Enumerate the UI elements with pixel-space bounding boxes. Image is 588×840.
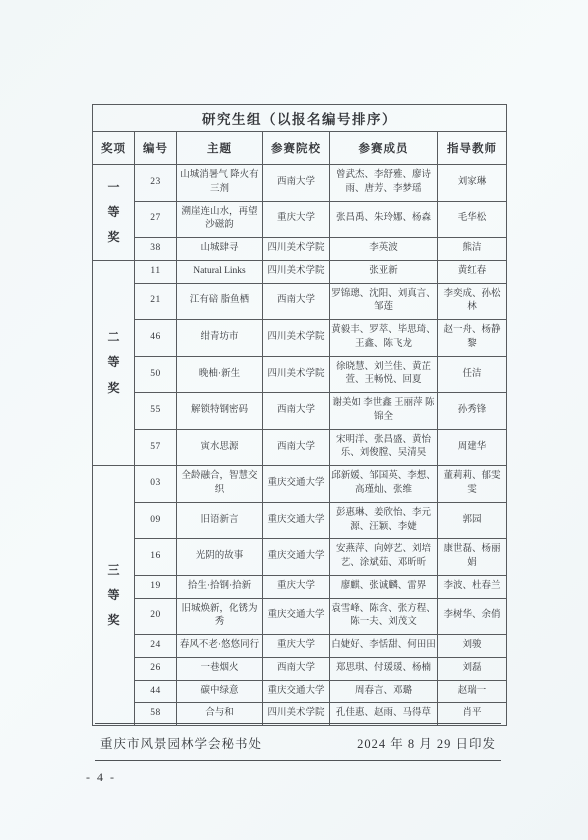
school-cell: 西南大学 [263, 283, 330, 320]
members-cell: 宋明洋、张昌盛、黄怡乐、刘俊膛、吴清昊 [330, 429, 438, 466]
table-row: 三等奖03全龄融合，智慧交织重庆交通大学邱新媛、邹国英、李想、高瑾灿、张维董莉莉… [93, 466, 507, 503]
advisors-cell: 赵一舟、杨静黎 [438, 320, 507, 357]
members-cell: 彭惠琳、姜欣怡、李元源、汪颖、李婕 [330, 502, 438, 539]
table-row: 50晚柚·新生四川美术学院徐晓慧、刘兰佳、黄芷萱、王畅悦、回夏任洁 [93, 356, 507, 393]
members-cell: 袁雪峰、陈含、张方程、陈一夫、刘茂文 [330, 598, 438, 635]
advisors-cell: 董莉莉、郁雯雯 [438, 466, 507, 503]
results-table: 研究生组（以报名编号排序） 奖项 编号 主题 参赛院校 参赛成员 指导教师 一等… [92, 104, 507, 726]
theme-cell: 光阴的故事 [177, 539, 263, 576]
table-row: 09旧语新言重庆交通大学彭惠琳、姜欣怡、李元源、汪颖、李婕郭园 [93, 502, 507, 539]
table-row: 38山城肆寻四川美术学院李英波熊洁 [93, 238, 507, 261]
school-cell: 四川美术学院 [263, 320, 330, 357]
no-cell: 57 [135, 429, 177, 466]
no-cell: 44 [135, 680, 177, 703]
no-cell: 20 [135, 598, 177, 635]
no-cell: 50 [135, 356, 177, 393]
no-cell: 27 [135, 201, 177, 238]
theme-cell: 旧语新言 [177, 502, 263, 539]
results-table-body: 一等奖23山城消暑气 降火有三剂西南大学曾武杰、李舒雅、廖诗雨、唐芳、李梦瑶刘家… [93, 165, 507, 726]
no-cell: 24 [135, 635, 177, 658]
column-header-number: 编号 [135, 132, 177, 165]
table-row: 21江有碚 脂鱼栖西南大学罗锦璁、沈阳、刘真言、邹莲李奕成、孙松林 [93, 283, 507, 320]
advisors-cell: 熊洁 [438, 238, 507, 261]
table-row: 46绀青坊市四川美术学院黄毅丰、罗萃、毕思琦、王鑫、陈飞龙赵一舟、杨静黎 [93, 320, 507, 357]
table-row: 44碳中绿意重庆交通大学周春言、邓璐赵瑞一 [93, 680, 507, 703]
column-header-school: 参赛院校 [263, 132, 330, 165]
theme-cell: 晚柚·新生 [177, 356, 263, 393]
members-cell: 张亚新 [330, 260, 438, 283]
theme-cell: 解锁特钢密码 [177, 393, 263, 430]
school-cell: 西南大学 [263, 429, 330, 466]
no-cell: 09 [135, 502, 177, 539]
theme-cell: 寅水思源 [177, 429, 263, 466]
school-cell: 重庆大学 [263, 635, 330, 658]
advisors-cell: 李树华、余俏 [438, 598, 507, 635]
scanned-document-page: 研究生组（以报名编号排序） 奖项 编号 主题 参赛院校 参赛成员 指导教师 一等… [0, 0, 588, 840]
advisors-cell: 赵瑞一 [438, 680, 507, 703]
members-cell: 周春言、邓璐 [330, 680, 438, 703]
members-cell: 郑思琪、付瑗瑗、杨楠 [330, 657, 438, 680]
no-cell: 46 [135, 320, 177, 357]
award-label: 二等奖 [107, 325, 120, 401]
theme-cell: 溯崖连山水，再望沙磁韵 [177, 201, 263, 238]
footer-row: 重庆市风景园林学会秘书处 2024 年 8 月 29 日印发 [100, 734, 496, 752]
table-row: 一等奖23山城消暑气 降火有三剂西南大学曾武杰、李舒雅、廖诗雨、唐芳、李梦瑶刘家… [93, 165, 507, 202]
school-cell: 四川美术学院 [263, 238, 330, 261]
members-cell: 徐晓慧、刘兰佳、黄芷萱、王畅悦、回夏 [330, 356, 438, 393]
no-cell: 21 [135, 283, 177, 320]
table-title: 研究生组（以报名编号排序） [93, 105, 507, 132]
no-cell: 16 [135, 539, 177, 576]
theme-cell: 山城消暑气 降火有三剂 [177, 165, 263, 202]
theme-cell: 旧城焕新，化锈为秀 [177, 598, 263, 635]
theme-cell: 江有碚 脂鱼栖 [177, 283, 263, 320]
school-cell: 重庆大学 [263, 575, 330, 598]
award-group-cell: 二等奖 [93, 260, 135, 465]
no-cell: 03 [135, 466, 177, 503]
footer-issuer: 重庆市风景园林学会秘书处 [100, 734, 262, 752]
advisors-cell: 黄红春 [438, 260, 507, 283]
theme-cell: 山城肆寻 [177, 238, 263, 261]
school-cell: 重庆交通大学 [263, 466, 330, 503]
school-cell: 西南大学 [263, 657, 330, 680]
footer-print-date: 2024 年 8 月 29 日印发 [357, 734, 496, 752]
award-label: 一等奖 [107, 175, 120, 251]
advisors-cell: 李奕成、孙松林 [438, 283, 507, 320]
column-header-members: 参赛成员 [330, 132, 438, 165]
no-cell: 26 [135, 657, 177, 680]
table-row: 26一巷烟火西南大学郑思琪、付瑗瑗、杨楠刘磊 [93, 657, 507, 680]
table-row: 二等奖11Natural Links四川美术学院张亚新黄红春 [93, 260, 507, 283]
school-cell: 西南大学 [263, 165, 330, 202]
table-row: 57寅水思源西南大学宋明洋、张昌盛、黄怡乐、刘俊膛、吴清昊周建华 [93, 429, 507, 466]
column-header-award: 奖项 [93, 132, 135, 165]
table-row: 16光阴的故事重庆交通大学安燕萍、向婷艺、刘培艺、涂斌茹、邓昕昕康世磊、杨丽娟 [93, 539, 507, 576]
table-row: 19拾生·拾钢·拾新重庆大学廖麒、张诚麟、雷界李波、杜春兰 [93, 575, 507, 598]
table-row: 27溯崖连山水，再望沙磁韵重庆大学张昌禹、朱玲娜、杨森毛华松 [93, 201, 507, 238]
theme-cell: 一巷烟火 [177, 657, 263, 680]
advisors-cell: 李波、杜春兰 [438, 575, 507, 598]
footer-top-rule [95, 723, 501, 724]
school-cell: 西南大学 [263, 393, 330, 430]
school-cell: 重庆大学 [263, 201, 330, 238]
members-cell: 李英波 [330, 238, 438, 261]
theme-cell: 全龄融合，智慧交织 [177, 466, 263, 503]
advisors-cell: 刘磊 [438, 657, 507, 680]
table-row: 24春风不老·悠悠同行重庆大学白婕好、李恬甜、何田田刘骏 [93, 635, 507, 658]
advisors-cell: 康世磊、杨丽娟 [438, 539, 507, 576]
no-cell: 23 [135, 165, 177, 202]
award-group-cell: 三等奖 [93, 466, 135, 726]
no-cell: 38 [135, 238, 177, 261]
school-cell: 重庆交通大学 [263, 539, 330, 576]
school-cell: 重庆交通大学 [263, 680, 330, 703]
theme-cell: 春风不老·悠悠同行 [177, 635, 263, 658]
members-cell: 安燕萍、向婷艺、刘培艺、涂斌茹、邓昕昕 [330, 539, 438, 576]
column-header-advisors: 指导教师 [438, 132, 507, 165]
school-cell: 重庆交通大学 [263, 598, 330, 635]
members-cell: 谢美如 李世鑫 王丽萍 陈锦全 [330, 393, 438, 430]
page-number: - 4 - [86, 770, 116, 785]
table-row: 20旧城焕新，化锈为秀重庆交通大学袁雪峰、陈含、张方程、陈一夫、刘茂文李树华、余… [93, 598, 507, 635]
school-cell: 重庆交通大学 [263, 502, 330, 539]
members-cell: 廖麒、张诚麟、雷界 [330, 575, 438, 598]
school-cell: 四川美术学院 [263, 260, 330, 283]
members-cell: 邱新媛、邹国英、李想、高瑾灿、张维 [330, 466, 438, 503]
advisors-cell: 任洁 [438, 356, 507, 393]
column-header-theme: 主题 [177, 132, 263, 165]
no-cell: 55 [135, 393, 177, 430]
footer-bottom-rule [95, 760, 501, 761]
theme-cell: 绀青坊市 [177, 320, 263, 357]
members-cell: 曾武杰、李舒雅、廖诗雨、唐芳、李梦瑶 [330, 165, 438, 202]
advisors-cell: 郭园 [438, 502, 507, 539]
advisors-cell: 刘骏 [438, 635, 507, 658]
members-cell: 罗锦璁、沈阳、刘真言、邹莲 [330, 283, 438, 320]
table-row: 55解锁特钢密码西南大学谢美如 李世鑫 王丽萍 陈锦全孙秀锋 [93, 393, 507, 430]
table-header-row: 奖项 编号 主题 参赛院校 参赛成员 指导教师 [93, 132, 507, 165]
award-group-cell: 一等奖 [93, 165, 135, 261]
table-title-row: 研究生组（以报名编号排序） [93, 105, 507, 132]
advisors-cell: 孙秀锋 [438, 393, 507, 430]
members-cell: 白婕好、李恬甜、何田田 [330, 635, 438, 658]
advisors-cell: 刘家琳 [438, 165, 507, 202]
theme-cell: 碳中绿意 [177, 680, 263, 703]
members-cell: 张昌禹、朱玲娜、杨森 [330, 201, 438, 238]
school-cell: 四川美术学院 [263, 356, 330, 393]
theme-cell: Natural Links [177, 260, 263, 283]
members-cell: 黄毅丰、罗萃、毕思琦、王鑫、陈飞龙 [330, 320, 438, 357]
no-cell: 19 [135, 575, 177, 598]
theme-cell: 拾生·拾钢·拾新 [177, 575, 263, 598]
advisors-cell: 毛华松 [438, 201, 507, 238]
no-cell: 11 [135, 260, 177, 283]
award-label: 三等奖 [107, 558, 120, 634]
advisors-cell: 周建华 [438, 429, 507, 466]
